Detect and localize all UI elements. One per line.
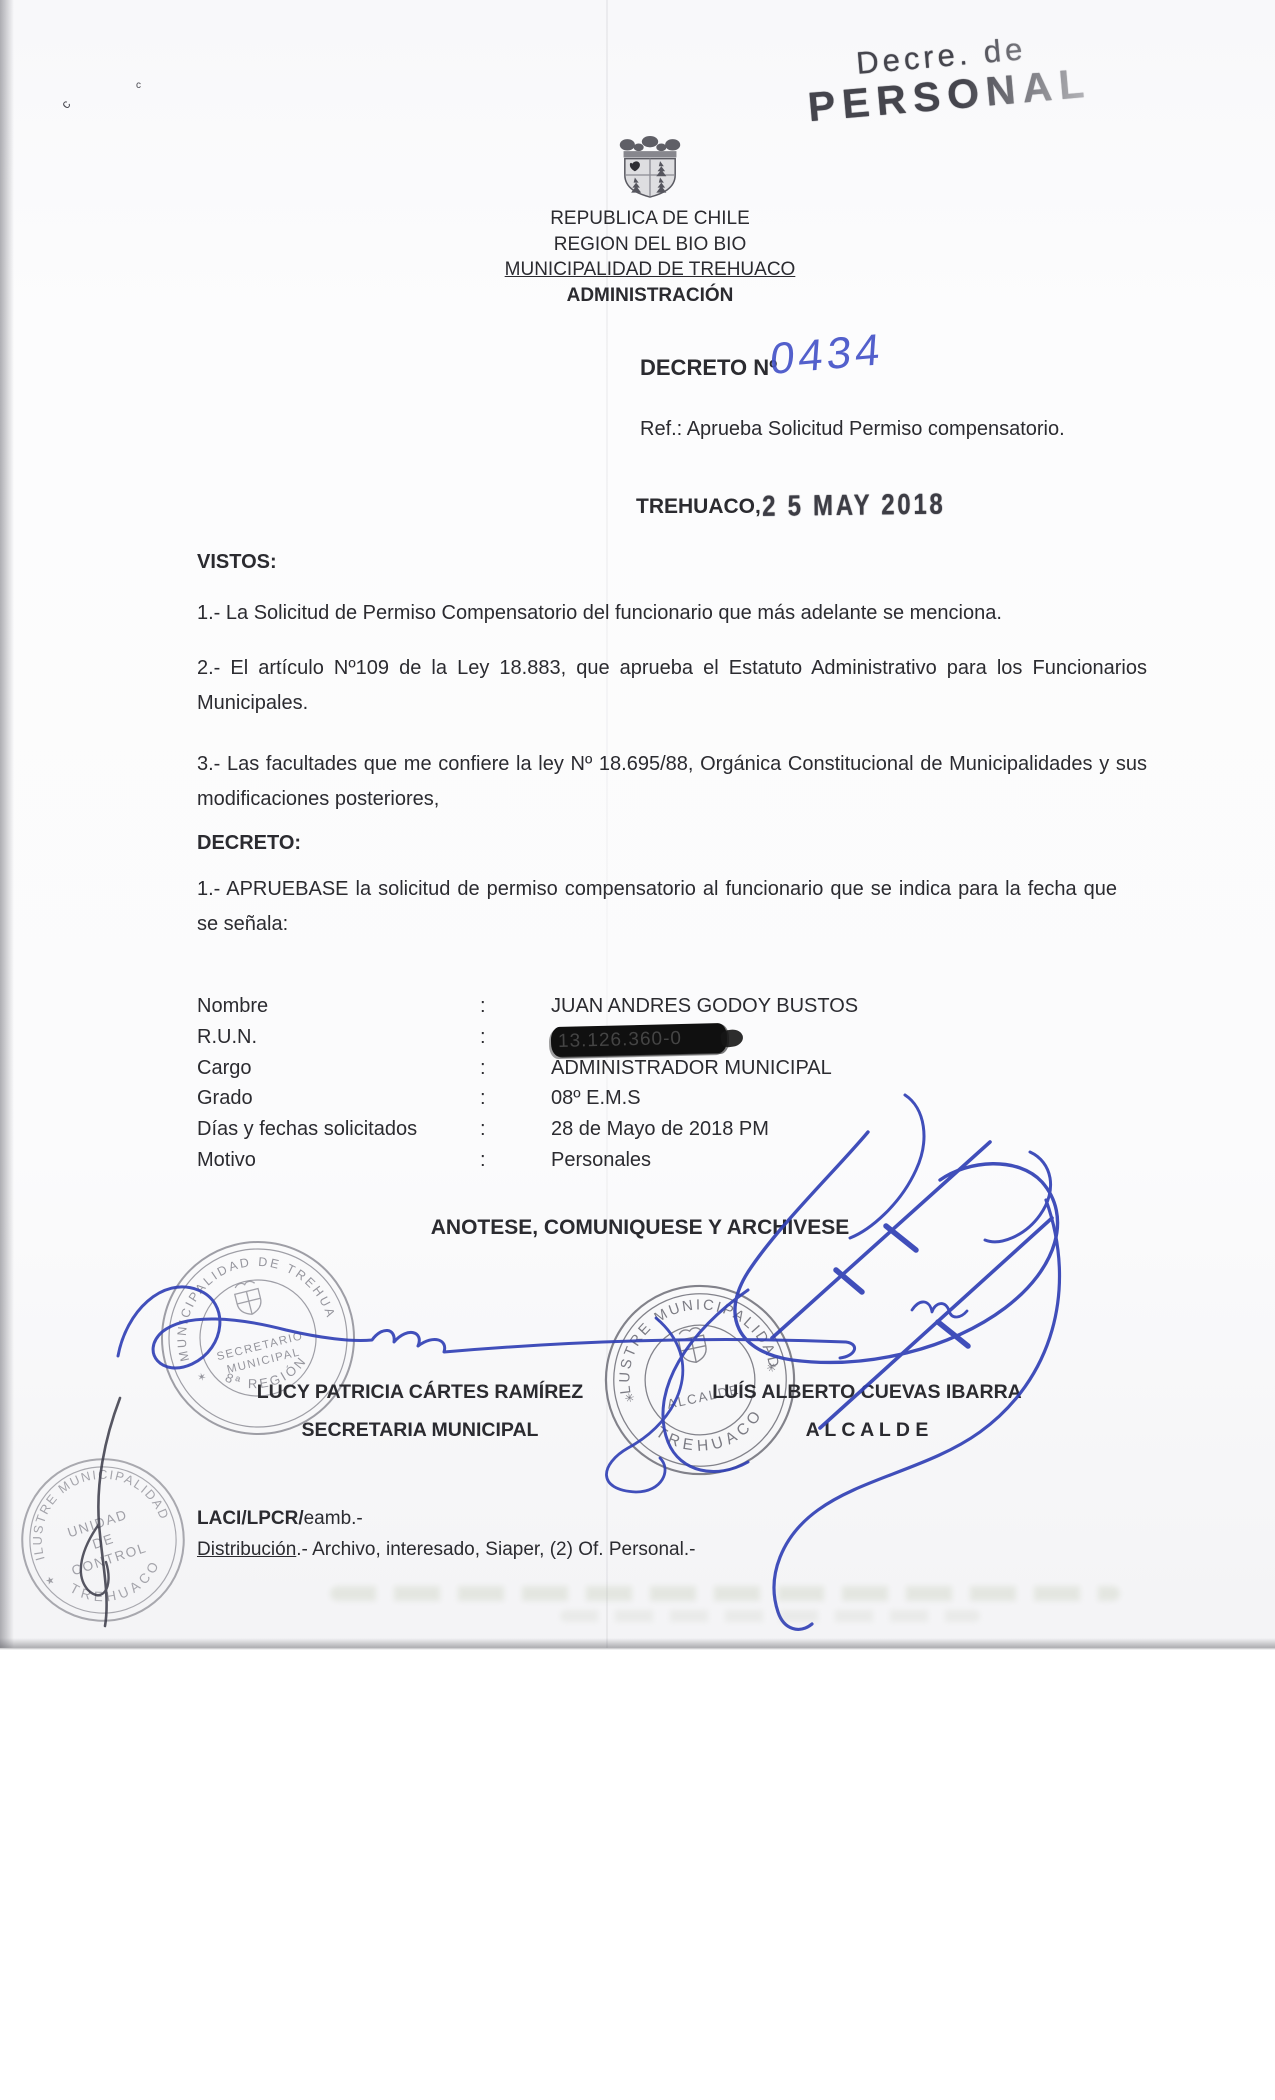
colon: : bbox=[480, 1057, 494, 1080]
bleed-through-text bbox=[560, 1610, 980, 1622]
letterhead-municipality: MUNICIPALIDAD DE TREHUACO bbox=[400, 257, 900, 283]
coat-of-arms-icon bbox=[612, 136, 688, 204]
colon: : bbox=[480, 1149, 494, 1172]
signer-title: A L C A L D E bbox=[697, 1419, 1037, 1442]
letterhead-department: ADMINISTRACIÓN bbox=[400, 283, 900, 309]
detail-value: 08º E.M.S bbox=[551, 1087, 641, 1110]
date-stamp: 2 5 MAY 2018 bbox=[762, 487, 946, 524]
seal-star-icon: ✳ bbox=[624, 1391, 636, 1406]
decree-number-handwritten: 0434 bbox=[768, 325, 885, 385]
vistos-heading: VISTOS: bbox=[197, 545, 277, 580]
vistos-item-2: 2.- El artículo Nº109 de la Ley 18.883, … bbox=[197, 651, 1147, 721]
table-row: Nombre : JUAN ANDRES GODOY BUSTOS bbox=[197, 995, 957, 1026]
table-row: Grado : 08º E.M.S bbox=[197, 1087, 957, 1118]
letterhead-region: REGION DEL BIO BIO bbox=[400, 232, 900, 258]
paper-left-edge-shadow bbox=[0, 0, 14, 1648]
table-row: Cargo : ADMINISTRADOR MUNICIPAL bbox=[197, 1057, 957, 1088]
signer-name: LUÍS ALBERTO CUEVAS IBARRA bbox=[697, 1381, 1037, 1404]
signature-block-secretaria: LUCY PATRICIA CÁRTES RAMÍREZ SECRETARIA … bbox=[235, 1381, 605, 1442]
letterhead: REPUBLICA DE CHILE REGION DEL BIO BIO MU… bbox=[400, 206, 900, 308]
signature-block-alcalde: LUÍS ALBERTO CUEVAS IBARRA A L C A L D E bbox=[697, 1381, 1037, 1442]
employee-details-table: Nombre : JUAN ANDRES GODOY BUSTOS R.U.N.… bbox=[197, 995, 957, 1180]
signer-title: SECRETARIA MUNICIPAL bbox=[235, 1419, 605, 1442]
decreto-paragraph: 1.- APRUEBASE la solicitud de permiso co… bbox=[197, 872, 1117, 942]
detail-label: Nombre bbox=[197, 995, 480, 1018]
detail-label: Grado bbox=[197, 1087, 480, 1110]
detail-value: 28 de Mayo de 2018 PM bbox=[551, 1118, 769, 1141]
alcalde-seal: ILUSTRE MUNICIPALIDAD TREHUACO ALCALDE ✳… bbox=[584, 1264, 816, 1496]
decreto-heading: DECRETO: bbox=[197, 826, 301, 861]
seal-star-icon: ★ bbox=[44, 1574, 58, 1588]
table-row: R.U.N. : 13.126.360-0 bbox=[197, 1026, 957, 1057]
ink-speck: c bbox=[136, 80, 141, 91]
redaction-bar: 13.126.360-0 bbox=[551, 1023, 728, 1057]
colon: : bbox=[480, 1118, 494, 1141]
vistos-item-3: 3.- Las facultades que me confiere la le… bbox=[197, 747, 1147, 817]
footer-initials-bold: LACI/LPCR/ bbox=[197, 1508, 304, 1529]
colon: : bbox=[480, 1026, 494, 1049]
bleed-through-text bbox=[330, 1586, 1120, 1601]
decree-place: TREHUACO, bbox=[636, 495, 761, 519]
detail-label: Motivo bbox=[197, 1149, 480, 1172]
detail-value: JUAN ANDRES GODOY BUSTOS bbox=[551, 995, 858, 1018]
redacted-run-value: 13.126.360-0 bbox=[558, 1028, 683, 1053]
scanned-decree-page: ɔ c Decre. de PERSONAL REPUBLICA DE CHIL… bbox=[0, 0, 1275, 2100]
distribution-word: Distribución bbox=[197, 1539, 296, 1560]
seal-center-line-2: DE bbox=[91, 1531, 117, 1552]
detail-label: Días y fechas solicitados bbox=[197, 1118, 480, 1141]
closing-formula: ANOTESE, COMUNIQUESE Y ARCHIVESE bbox=[320, 1216, 960, 1240]
table-row: Días y fechas solicitados : 28 de Mayo d… bbox=[197, 1118, 957, 1149]
table-row: Motivo : Personales bbox=[197, 1149, 957, 1180]
footer-initials: LACI/LPCR/eamb.- bbox=[197, 1508, 695, 1530]
detail-value: Personales bbox=[551, 1149, 651, 1172]
colon: : bbox=[480, 995, 494, 1018]
distribution-rest: .- Archivo, interesado, Siaper, (2) Of. … bbox=[296, 1539, 695, 1560]
footer-initials-rest: eamb.- bbox=[304, 1508, 363, 1529]
footer: LACI/LPCR/eamb.- Distribución.- Archivo,… bbox=[197, 1508, 695, 1561]
detail-label: R.U.N. bbox=[197, 1026, 480, 1049]
decree-reference: Ref.: Aprueba Solicitud Permiso compensa… bbox=[640, 418, 1065, 441]
footer-distribution: Distribución.- Archivo, interesado, Siap… bbox=[197, 1539, 695, 1561]
letterhead-country: REPUBLICA DE CHILE bbox=[400, 206, 900, 232]
decree-number-label: DECRETO Nº bbox=[640, 355, 777, 381]
detail-label: Cargo bbox=[197, 1057, 480, 1080]
seal-star-icon: ✶ bbox=[196, 1371, 208, 1385]
colon: : bbox=[480, 1087, 494, 1110]
detail-value: ADMINISTRADOR MUNICIPAL bbox=[551, 1057, 832, 1080]
signer-name: LUCY PATRICIA CÁRTES RAMÍREZ bbox=[235, 1381, 605, 1404]
vistos-item-1: 1.- La Solicitud de Permiso Compensatori… bbox=[197, 596, 1157, 631]
paper-bottom-edge-shadow bbox=[0, 1638, 1275, 1650]
